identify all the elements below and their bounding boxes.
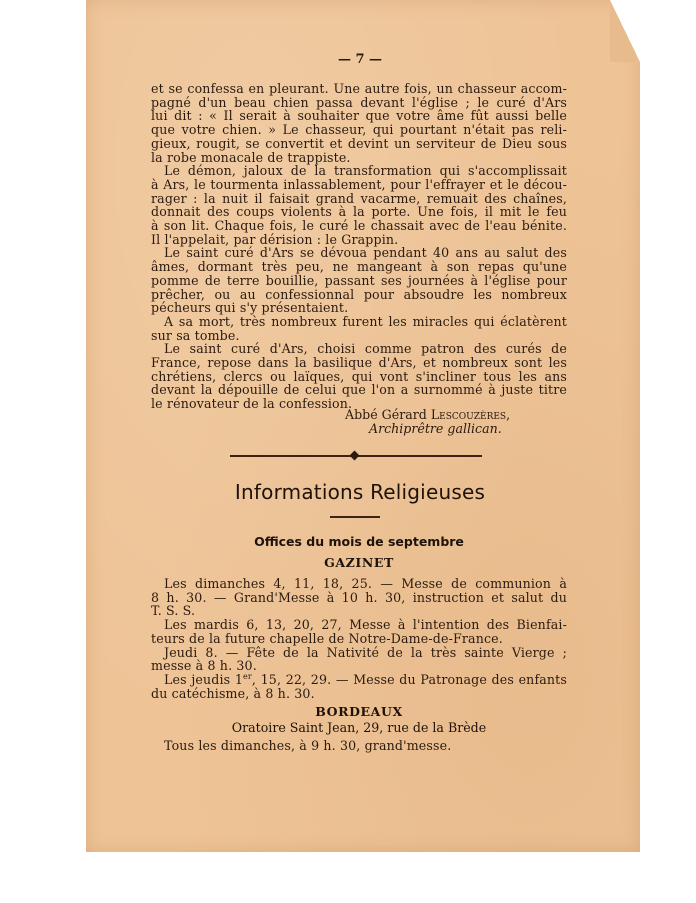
text-line: pomme de terre bouillie, passant ses jou… xyxy=(151,274,567,288)
text-line: et se confessa en pleurant. Une autre fo… xyxy=(151,82,567,96)
text-line: teurs de la future chapelle de Notre-Dam… xyxy=(151,632,567,646)
text-line: du catéchisme, à 8 h. 30. xyxy=(151,687,567,701)
paragraph: Le saint curé d'Ars se dévoua pendant 40… xyxy=(151,246,567,315)
signature-title: Archiprêtre gallican. xyxy=(369,421,502,436)
text-line: à Ars, le tourmenta inlassablement, pour… xyxy=(151,178,567,192)
paragraph: Le démon, jaloux de la transformation qu… xyxy=(151,164,567,246)
bordeaux-heading: BORDEAUX xyxy=(151,704,567,719)
text-line: pagné d'un beau chien passa devant l'égl… xyxy=(151,96,567,110)
paragraph: A sa mort, très nombreux furent les mira… xyxy=(151,315,567,342)
text-line: Les mardis 6, 13, 20, 27, Messe à l'inte… xyxy=(151,618,567,632)
text-line: 8 h. 30. — Grand'Messe à 10 h. 30, instr… xyxy=(151,591,567,605)
text-line: Le saint curé d'Ars se dévoua pendant 40… xyxy=(151,246,567,260)
schedule-entry: Les mardis 6, 13, 20, 27, Messe à l'inte… xyxy=(151,618,567,645)
bordeaux-schedule: Tous les dimanches, à 9 h. 30, grand'mes… xyxy=(164,739,451,753)
text-line: prêcher, ou au confessionnal pour absoud… xyxy=(151,288,567,302)
text-line: à son lit. Chaque fois, le curé le chass… xyxy=(151,219,567,233)
paragraph: et se confessa en pleurant. Une autre fo… xyxy=(151,82,567,164)
text-line: Le saint curé d'Ars, choisi comme patron… xyxy=(151,342,567,356)
text-line: Il l'appelait, par dérision : le Grappin… xyxy=(151,233,567,247)
signature-surname: Lescouzères, xyxy=(431,407,510,422)
text-line: France, repose dans la basilique d'Ars, … xyxy=(151,356,567,370)
article-body: et se confessa en pleurant. Une autre fo… xyxy=(151,82,567,411)
text-line: pécheurs qui s'y présentaient. xyxy=(151,301,567,315)
text-line: sur sa tombe. xyxy=(151,329,567,343)
section-title: Informations Religieuses xyxy=(160,480,560,504)
schedule-entry: Jeudi 8. — Fête de la Nativité de la trè… xyxy=(151,646,567,673)
gazinet-heading: GAZINET xyxy=(151,555,567,570)
text-line: messe à 8 h. 30. xyxy=(151,659,567,673)
title-underline xyxy=(330,516,380,518)
text-line: Jeudi 8. — Fête de la Nativité de la trè… xyxy=(151,646,567,660)
schedule-entry: Les dimanches 4, 11, 18, 25. — Messe de … xyxy=(151,577,567,618)
page-number: — 7 — xyxy=(320,52,400,67)
gazinet-schedule: Les dimanches 4, 11, 18, 25. — Messe de … xyxy=(151,577,567,700)
text-line: gieux, rougit, se convertit et devint un… xyxy=(151,137,567,151)
section-subtitle: Offices du mois de septembre xyxy=(151,534,567,549)
signature-name: Abbé Gérard Lescouzères, xyxy=(345,407,510,422)
text-line: rager : la nuit il faisait grand vacarme… xyxy=(151,192,567,206)
text-line: chrétiens, clercs ou laïques, qui vont s… xyxy=(151,370,567,384)
text-line: devant la dépouille de celui que l'on a … xyxy=(151,383,567,397)
text-line: la robe monacale de trappiste. xyxy=(151,151,567,165)
folded-corner xyxy=(610,0,640,62)
text-line: T. S. S. xyxy=(151,604,567,618)
paragraph: Le saint curé d'Ars, choisi comme patron… xyxy=(151,342,567,411)
text-line: lui dit : « Il serait à souhaiter que vo… xyxy=(151,109,567,123)
text-line: A sa mort, très nombreux furent les mira… xyxy=(151,315,567,329)
text-line: Les jeudis 1er, 15, 22, 29. — Messe du P… xyxy=(151,673,567,687)
bordeaux-location: Oratoire Saint Jean, 29, rue de la Brède xyxy=(151,720,567,735)
text-line: âmes, dormant très peu, ne mangeant à so… xyxy=(151,260,567,274)
text-line: donnait des coups violents à la porte. U… xyxy=(151,205,567,219)
text-line: que votre chien. » Le chasseur, qui pour… xyxy=(151,123,567,137)
text-line: Les dimanches 4, 11, 18, 25. — Messe de … xyxy=(151,577,567,591)
text-line: Le démon, jaloux de la transformation qu… xyxy=(151,164,567,178)
schedule-entry: Les jeudis 1er, 15, 22, 29. — Messe du P… xyxy=(151,673,567,700)
